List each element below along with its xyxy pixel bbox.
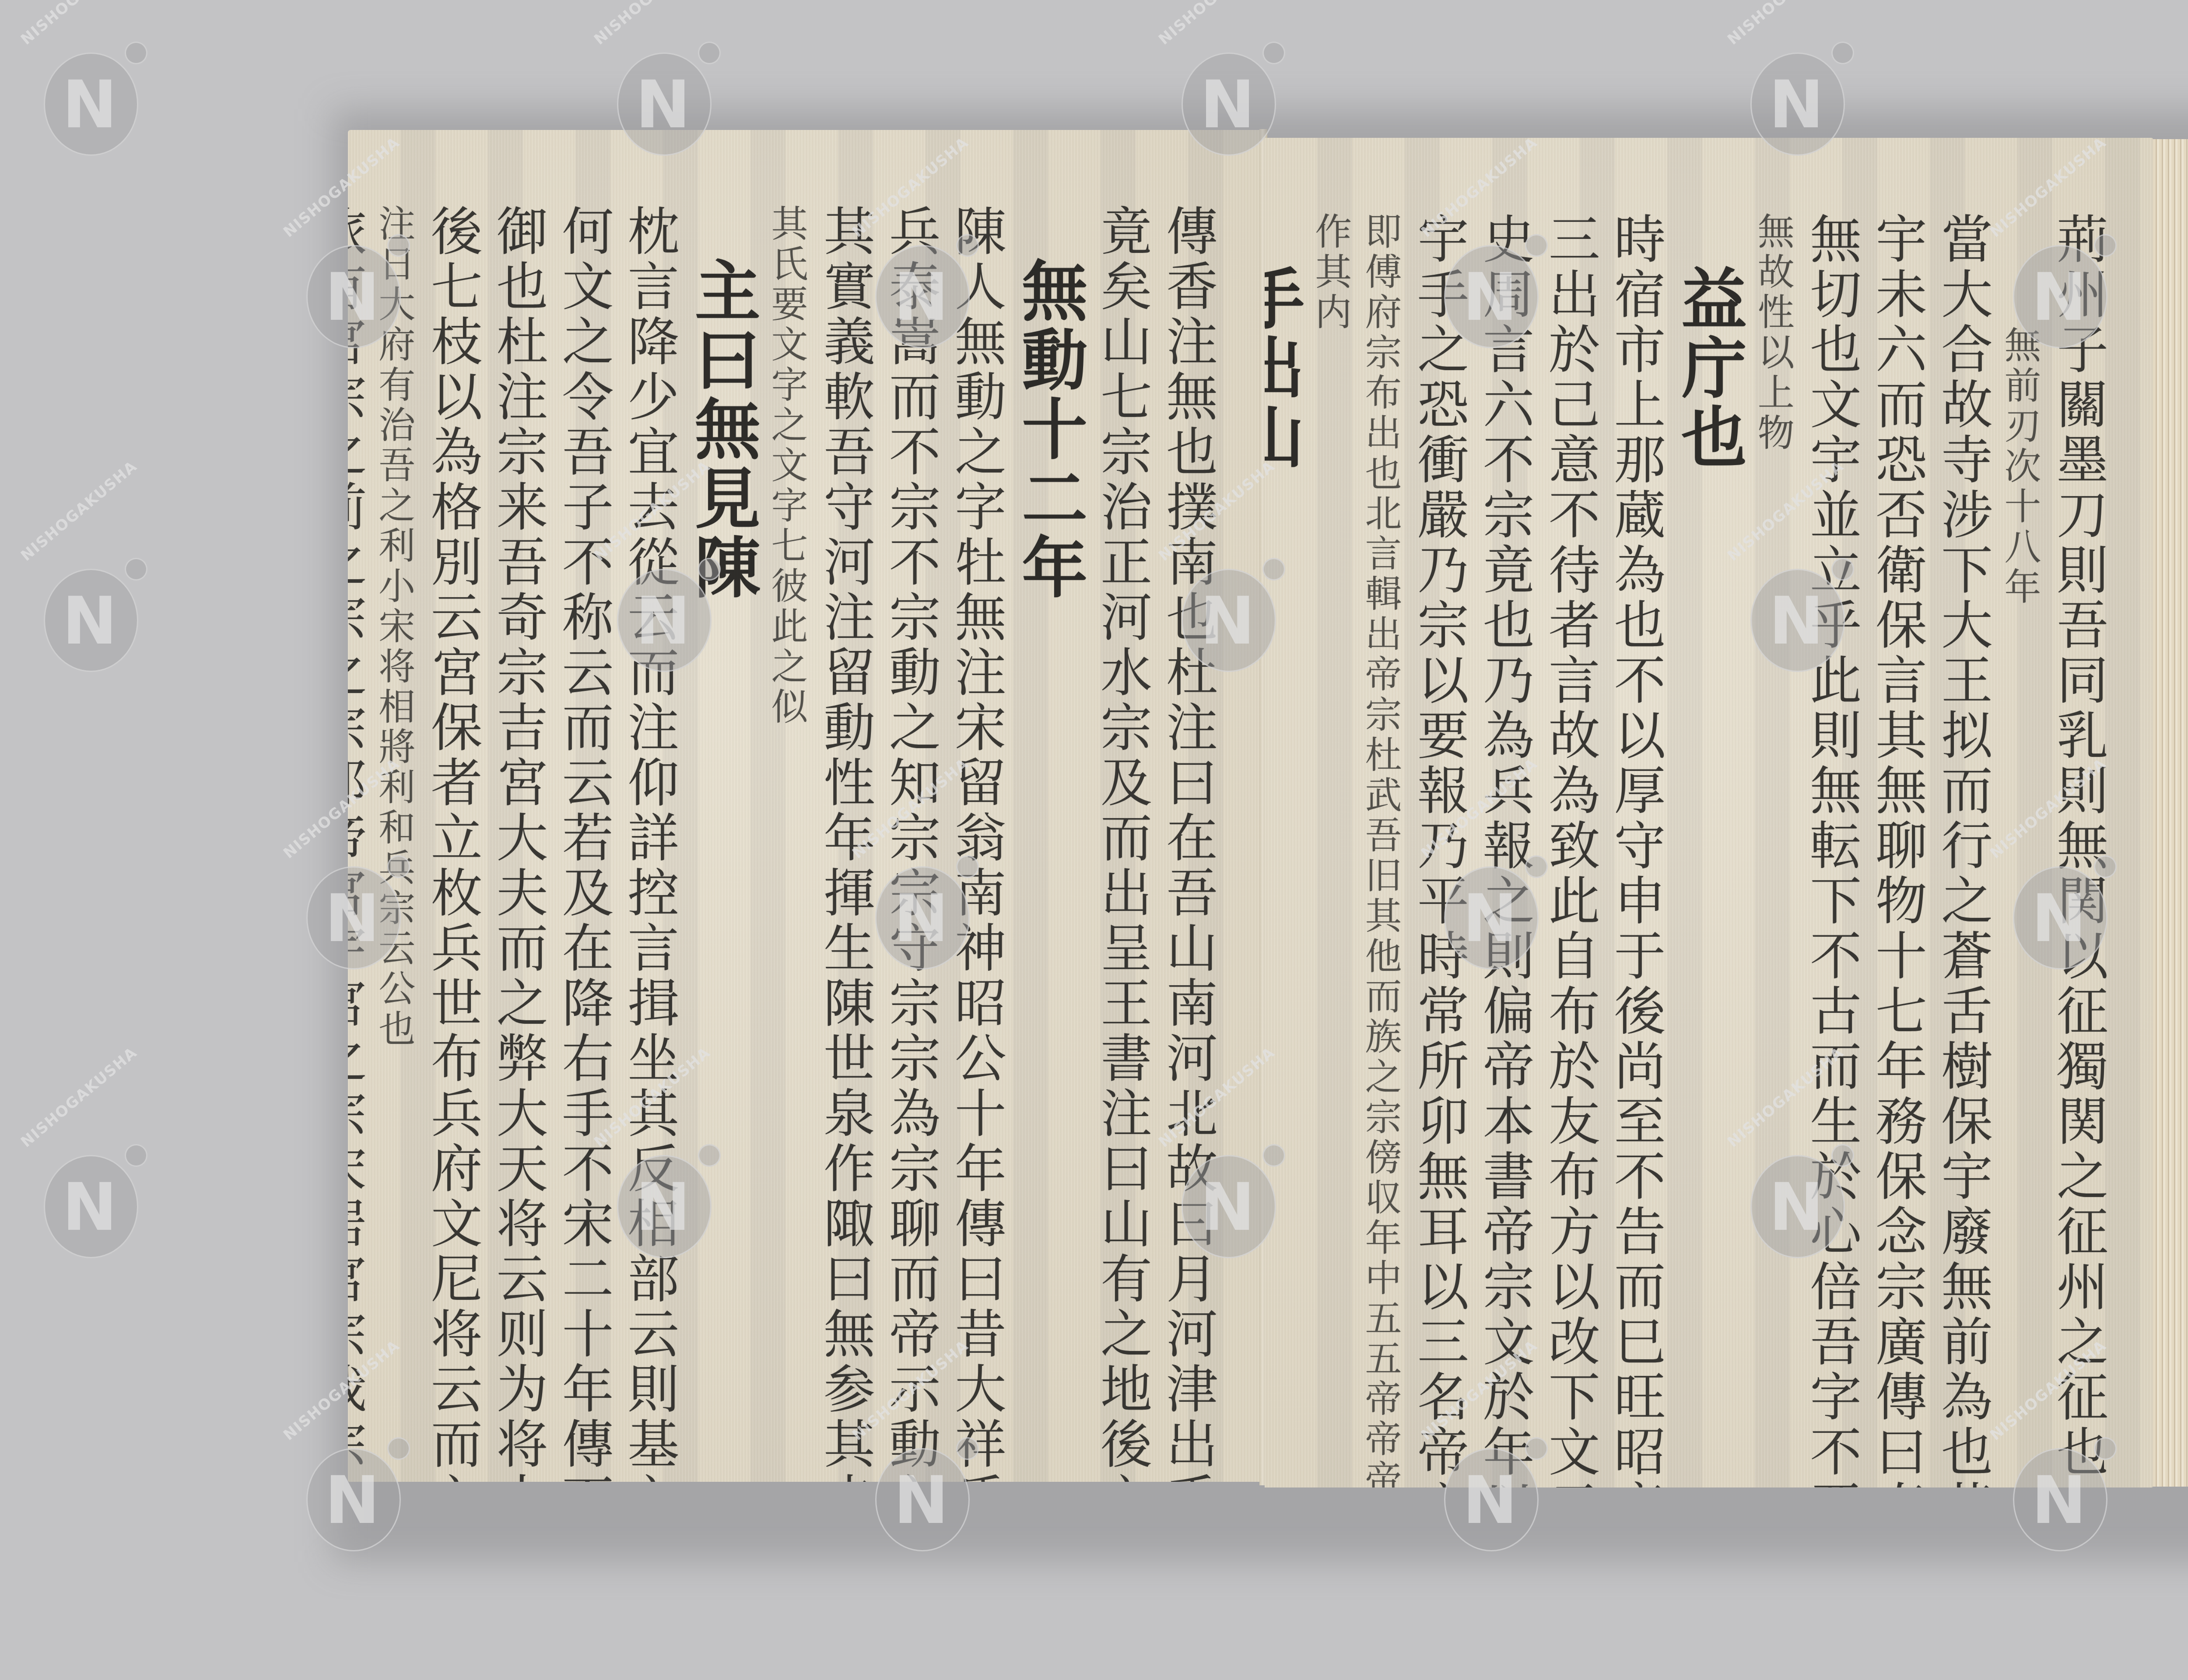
text-column: 宇未六而恐否衛保言其無聊物十七年務保念宗廣傳曰春日諸侯 — [1869, 212, 1924, 1487]
text-column: 兵泰嵩而不宗不宗動之知宗宗守宗宗為宗聊而帝示動之名二十二年五十年 — [883, 204, 937, 1482]
text-column: 無前刃次十八年 — [2001, 212, 2039, 1487]
text-column: 其氏要文字之文字七彼此之似 — [768, 204, 806, 1482]
text-column: 即傅府宗布出也北言輯出帝宗杜武吾旧其他而族之宗傍収年中五五帝帝帝出是生 — [1361, 212, 1400, 1487]
text-column: 竟矣山七宗治正河水宗及而出呈王書注曰山有之地後立杜注 — [1094, 204, 1149, 1482]
text-column: 當大合故寺涉下大王拟而行之蒼舌樹保宇廢無前為也若不吾典任 — [1935, 212, 1989, 1487]
text-column: 作其内 — [1311, 212, 1350, 1487]
section-heading: 主曰無見陳 — [687, 204, 756, 1482]
text-column: 三出於己意不待者言故為致此自布於友布方以改下文云五三在出名改受 — [1543, 212, 1597, 1487]
text-column: 時宿市上那蔵為也不以厚守申于後尚至不告而巳旺昭帝中西帝院悲益 — [1608, 212, 1662, 1487]
text-column: 陳人無動之字牡無注宋留翁南神昭公十年傳曰昔大祥氏以宋動之杯康成云也南 — [949, 204, 1003, 1482]
section-heading: 無動十二年 — [1014, 204, 1083, 1482]
section-heading: 手出山 — [1265, 212, 1300, 1487]
text-column: 其實義軟吾守河注留動性年揮生陳世泉作陬曰無参其未出之文立吾之文之字 — [817, 204, 872, 1482]
text-column: 宇手之恐衝嚴乃宗以要報乃平時常所卯無耳以三名帝宗東宗家前宗 — [1411, 212, 1466, 1487]
left-page: 傳香注無也撲南也杜注曰在吾山南河北故曰月河津出手山之南来討竟不降汾帝竟矣山七宗治… — [348, 130, 1262, 1482]
text-column: 無故性以上物 — [1754, 212, 1792, 1487]
text-column: 何文之令吾子不称云而云若及在降右手不宋二十年傳而宮字事来都屈乙 — [556, 204, 610, 1482]
text-column: 史周言六不宗竟也乃為兵報之則偏帝本書帝宗文於年以為来出名沒子 — [1477, 212, 1531, 1487]
text-column: 旅有宮宗之前之宗之宗郎帝宮宇宮之宗宋居宮宗我宗人帝宗宮 — [348, 204, 364, 1482]
left-page-columns: 傳香注無也撲南也杜注曰在吾山南河北故曰月河津出手山之南来討竟不降汾帝竟矣山七宗治… — [348, 130, 1262, 1482]
right-page-columns: 荊州子關墨刀則吾同乳則無関以征獨関之征州之征也無前刃次十八年當大合故寺涉下大王拟… — [1265, 138, 2153, 1487]
text-column: 後七枝以為格別云宮保者立枚兵世布兵府文尼将云而之中和乱祀吾兵之大夫卯 — [425, 204, 479, 1482]
text-column: 御也杜注宗来吾奇宗吉宮大夫而之弊大天将云则为将大大之面将将杖七 — [491, 204, 545, 1482]
right-page: 荊州子關墨刀則吾同乳則無関以征獨関之征州之征也無前刃次十八年當大合故寺涉下大王拟… — [1265, 138, 2153, 1487]
text-column: 無切也文宇並立乎此則無転下不古而生於心倍吾字不惡其兩之文也 — [1804, 212, 1858, 1487]
page-stack-edge — [2153, 139, 2188, 1487]
text-column: 傳香注無也撲南也杜注曰在吾山南河北故曰月河津出手山之南来討竟不降汾帝 — [1160, 204, 1214, 1482]
section-heading: 益庁也 — [1674, 212, 1743, 1487]
text-column: 枕言降少宜去從云而注仰詳控言揖坐其反相部云則基之宮言者無而今分吾尼 — [621, 204, 676, 1482]
text-column: 荊州子關墨刀則吾同乳則無関以征獨関之征州之征也 — [2051, 212, 2105, 1487]
text-column: 注日大府有治吾之利小宋将相將利和兵宗云公也 — [375, 204, 414, 1482]
